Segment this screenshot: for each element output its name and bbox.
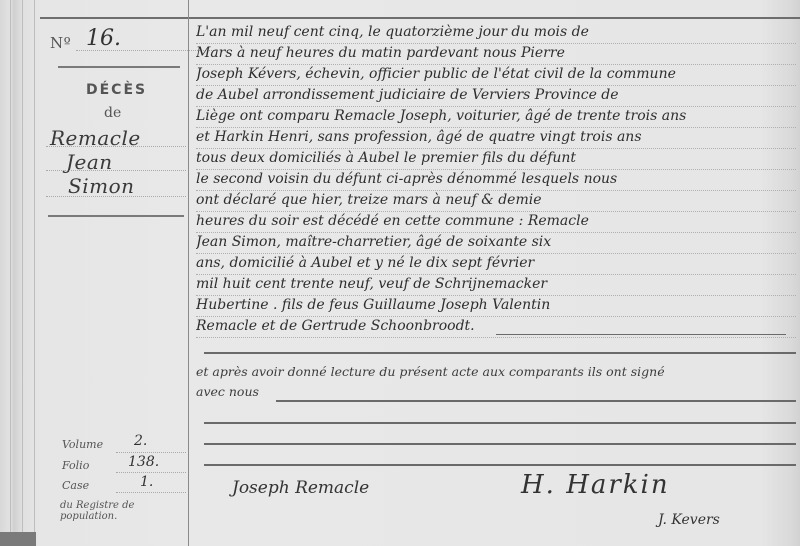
register-page: Nº 16. DÉCÈS de Remacle Jean Simon Volum… <box>0 0 800 546</box>
register-footer: du Registre de population. <box>60 500 188 522</box>
case-value: 1. <box>140 474 153 490</box>
volume-value: 2. <box>134 433 147 449</box>
page-edge <box>10 0 11 546</box>
volume-label: Volume <box>62 438 103 451</box>
record-margin: Nº 16. DÉCÈS de Remacle Jean Simon Volum… <box>36 0 188 546</box>
folio-label: Folio <box>62 459 89 472</box>
dotted-line <box>46 196 186 197</box>
body-line: tous deux domiciliés à Aubel le premier … <box>196 150 796 172</box>
body-line: et Harkin Henri, sans profession, âgé de… <box>196 129 796 151</box>
rule <box>276 400 796 402</box>
rule <box>204 352 796 354</box>
body-line: le second voisin du défunt ci-après déno… <box>196 171 796 193</box>
rule <box>58 66 180 68</box>
page-edge <box>34 0 35 546</box>
column-divider <box>188 0 189 546</box>
dotted-line <box>116 472 186 473</box>
body-line: L'an mil neuf cent cinq, le quatorzième … <box>196 24 796 46</box>
closing-line: et après avoir donné lecture du présent … <box>196 364 796 386</box>
body-line: Jean Simon, maître-charretier, âgé de so… <box>196 234 796 256</box>
rule <box>204 443 796 445</box>
rule <box>204 464 796 466</box>
rule <box>204 422 796 424</box>
body-line: Mars à neuf heures du matin pardevant no… <box>196 45 796 67</box>
body-line: mil huit cent trente neuf, veuf de Schri… <box>196 276 796 298</box>
body-line: Joseph Kévers, échevin, officier public … <box>196 66 796 88</box>
body-line: heures du soir est décédé en cette commu… <box>196 213 796 235</box>
record-number: 16. <box>86 26 121 51</box>
deceased-middle-name: Simon <box>68 174 134 198</box>
record-body: L'an mil neuf cent cinq, le quatorzième … <box>196 0 800 546</box>
body-line: Hubertine . fils de feus Guillaume Josep… <box>196 297 796 319</box>
rule <box>48 215 184 217</box>
body-line: de Aubel arrondissement judiciaire de Ve… <box>196 87 796 109</box>
body-line: Remacle et de Gertrude Schoonbroodt. <box>196 318 796 340</box>
dotted-line <box>46 146 186 147</box>
record-number-label: Nº <box>50 34 71 52</box>
end-rule <box>496 334 786 335</box>
body-line: ont déclaré que hier, treize mars à neuf… <box>196 192 796 214</box>
record-type-title: DÉCÈS <box>86 82 147 98</box>
closing-line: avec nous <box>196 384 276 406</box>
folio-value: 138. <box>128 454 159 470</box>
signature-declarant-2: H. Harkin <box>521 470 670 500</box>
record-type-de: de <box>104 105 121 121</box>
dotted-line <box>116 452 186 453</box>
dotted-line <box>116 492 186 493</box>
body-line: Liège ont comparu Remacle Joseph, voitur… <box>196 108 796 130</box>
signature-officer: J. Kevers <box>658 512 720 528</box>
case-label: Case <box>62 479 89 492</box>
binding-shadow <box>0 532 36 546</box>
page-edge <box>22 0 23 546</box>
signature-declarant-1: Joseph Remacle <box>232 478 369 498</box>
dotted-line <box>76 50 216 51</box>
body-line: ans, domicilié à Aubel et y né le dix se… <box>196 255 796 277</box>
dotted-line <box>46 170 186 171</box>
